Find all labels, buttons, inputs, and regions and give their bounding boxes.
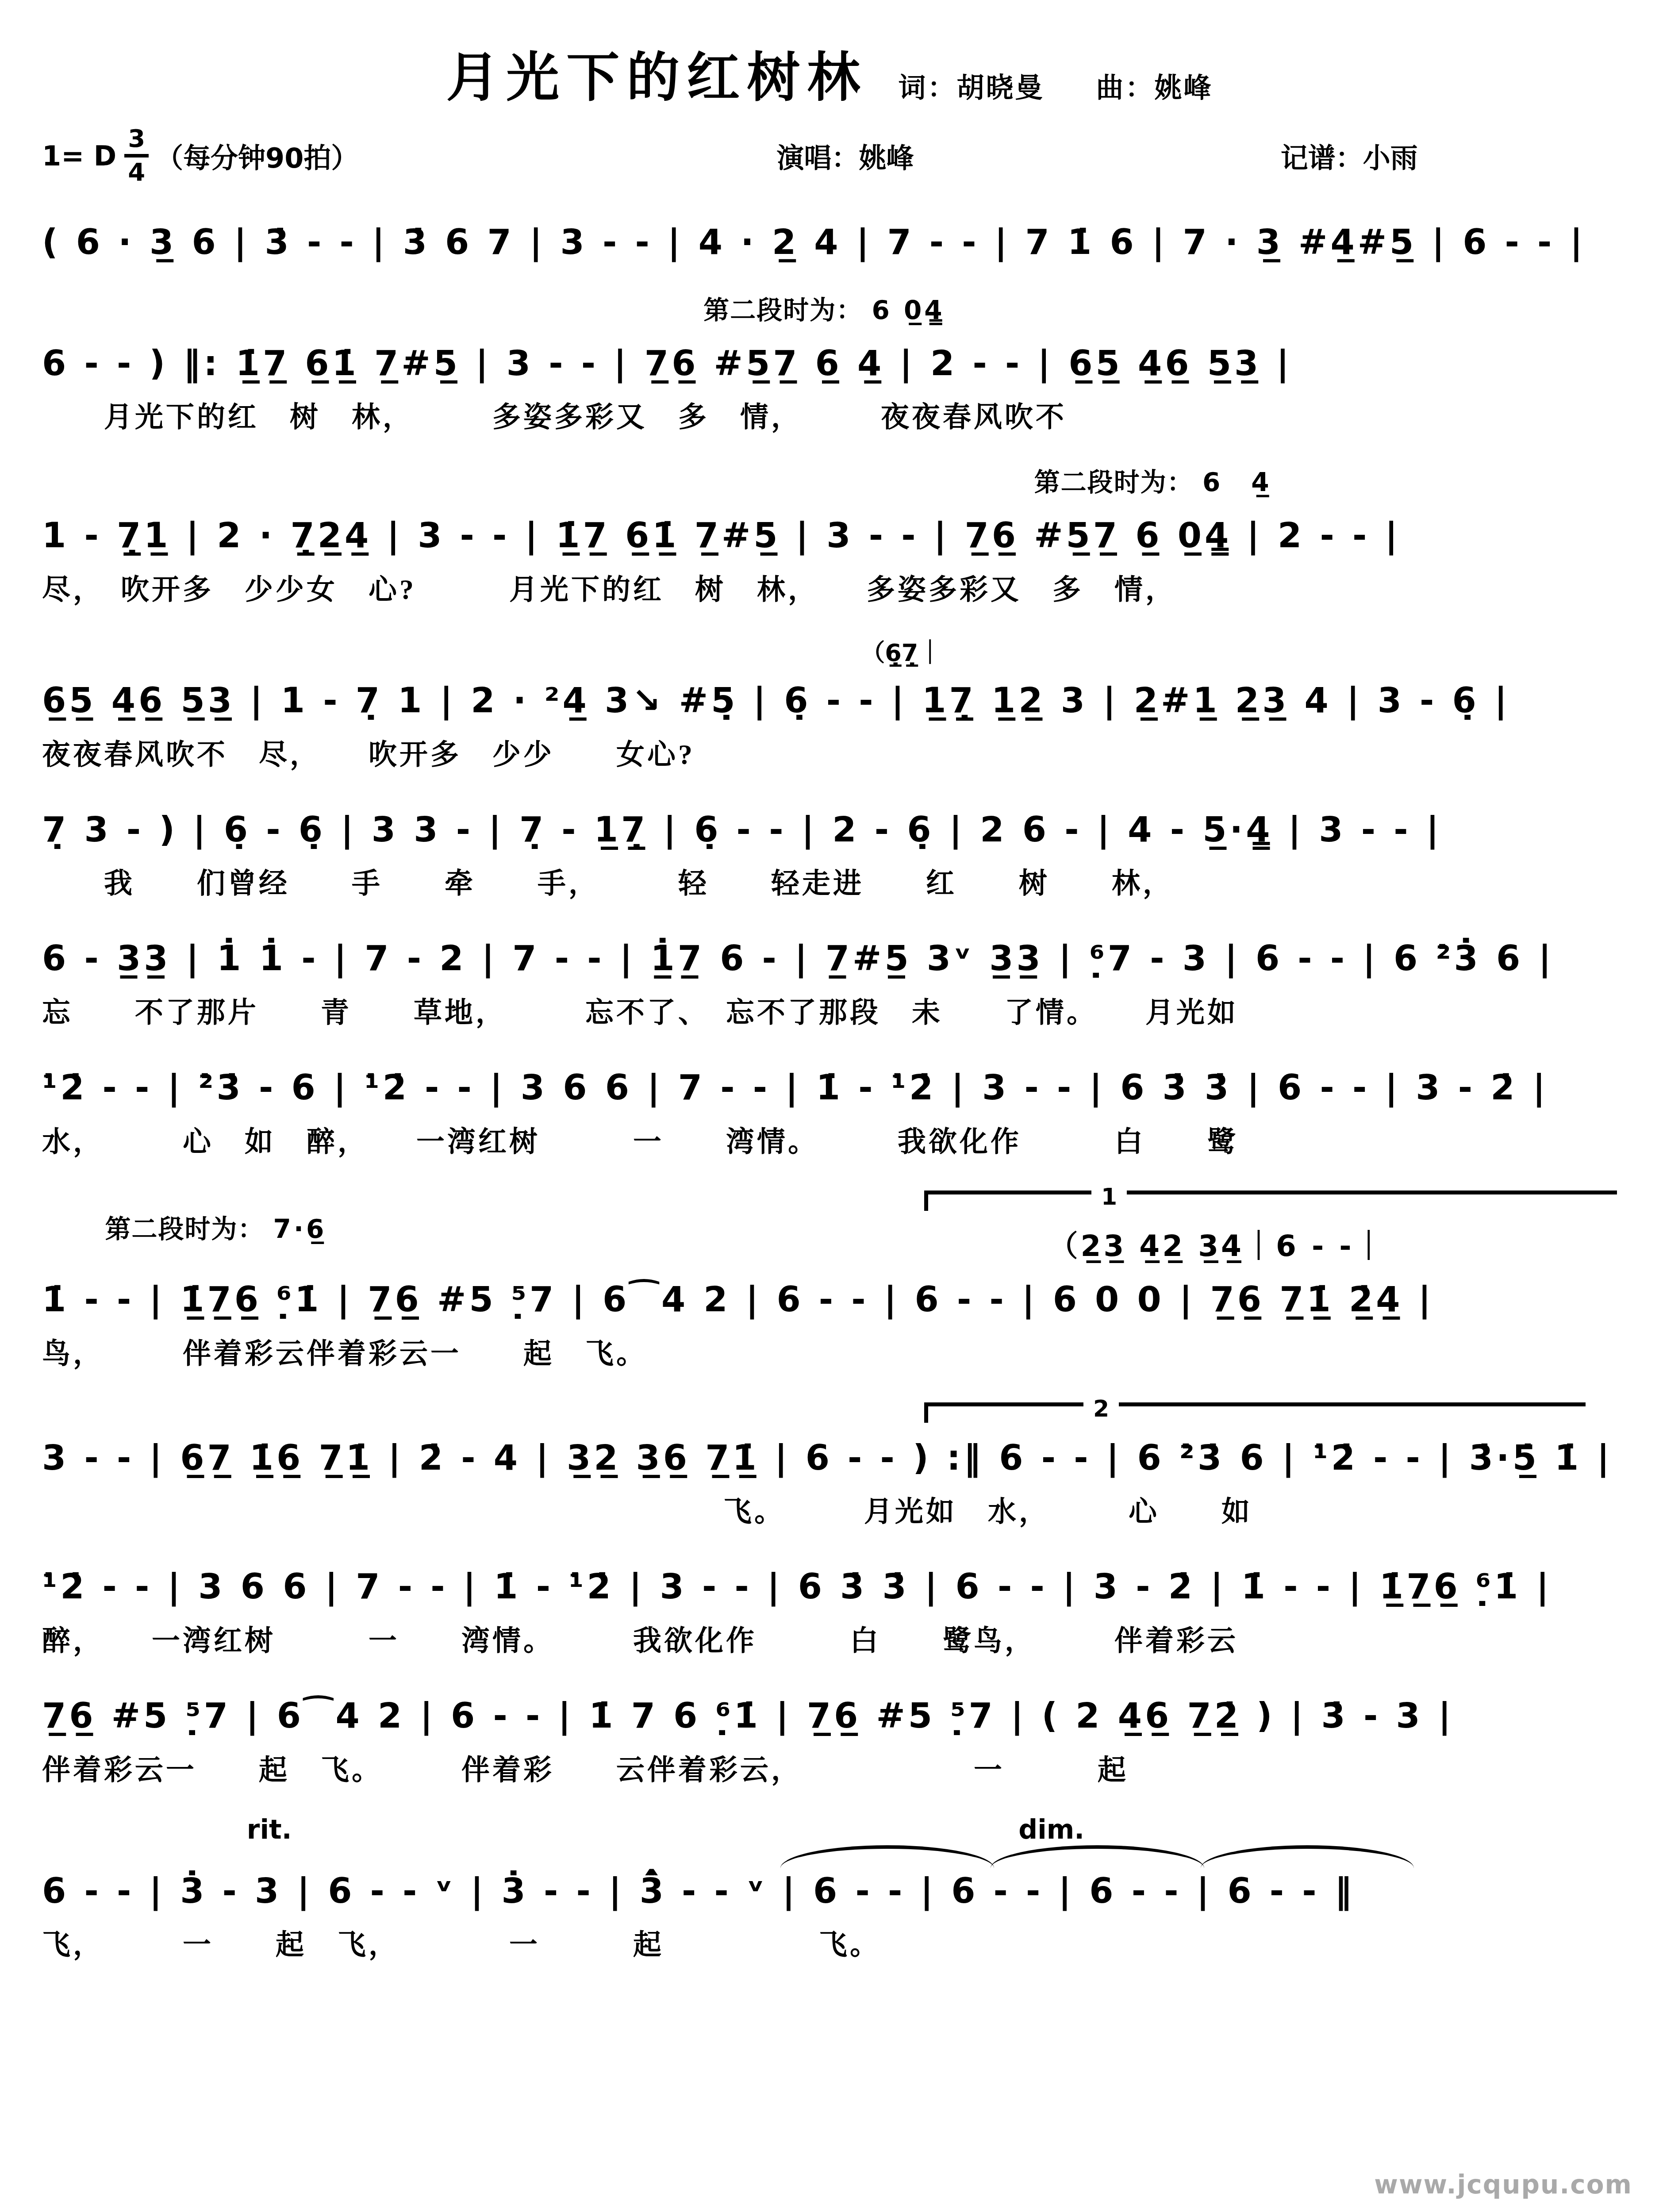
- notes-line: 6 - - | 3̇ - 3 | 6 - - ᵛ | 3̇ - - | 3̇̂ …: [42, 1872, 1617, 1912]
- time-signature-denominator: 4: [128, 157, 145, 185]
- lyricist: 词：胡晓曼: [898, 72, 1044, 104]
- notes-line: ¹̇2̇ - - | 3 6 6 | 7 - - | 1̇ - ¹̇2̇ | 3…: [42, 1567, 1617, 1607]
- annotation-label: 第二段时为：: [1034, 467, 1194, 497]
- lyrics-line: 飞。 月光如 水， 心 如: [42, 1489, 1617, 1529]
- volta-tick: [924, 1402, 928, 1423]
- notes-line: 7̣ 3 - ) | 6̣ - 6̣ | 3 3 - | 7̣ - 1̲7̲̣ …: [42, 810, 1617, 850]
- second-verse-annotation-3: 第二段时为： 7·6̲: [105, 1208, 326, 1245]
- lyrics-line: 醉， 一湾红树 一 湾情。 我欲化作 白 鹭鸟， 伴着彩云: [42, 1618, 1617, 1659]
- second-ending-bracket: 2: [924, 1402, 1586, 1423]
- volta-notes: （2̲3̲ 4̲2̲ 3̲4̲｜6 - -｜: [1049, 1222, 1617, 1264]
- annotation-label: 第二段时为：: [703, 295, 863, 325]
- notes-line: 1̇ - - | 1̲̇7̲6̲ ⁶̣1̇ | 7̲6̲ #5 ⁵̣7 | 6⁀…: [42, 1280, 1617, 1320]
- dim-marking: dim.: [1018, 1814, 1084, 1845]
- meta-row: 1= D 3 4 （每分钟90拍） 演唱：姚峰 记谱：小雨: [42, 127, 1617, 185]
- expression-row: rit. dim.: [42, 1814, 1617, 1867]
- second-verse-annotation-1: 第二段时为： 6 0̲4̳: [703, 289, 1617, 326]
- sheet-music-page: 月光下的红树林 词：胡晓曼 曲：姚峰 1= D 3 4 （每分钟90拍） 演唱：…: [0, 0, 1659, 2212]
- music-system: 7̲6̲ #5 ⁵̣7 | 6⁀4 2 | 6 - - | 1̇ 7 6 ⁶̣1…: [42, 1697, 1617, 1788]
- annotation-label: 第二段时为：: [105, 1214, 264, 1244]
- key-signature: 1= D: [42, 140, 116, 172]
- first-ending-row: 第二段时为： 7·6̲ 1 （2̲3̲ 4̲2̲ 3̲4̲｜6 - -｜: [42, 1190, 1617, 1264]
- lyrics-line: 夜夜春风吹不 尽， 吹开多 少少 女心?: [42, 732, 1617, 772]
- annotation-notes: 6 0̲4̳: [872, 295, 945, 325]
- rit-marking: rit.: [247, 1814, 292, 1845]
- lyrics-line: 尽， 吹开多 少少女 心? 月光下的红 树 林， 多姿多彩又 多 情，: [42, 567, 1617, 607]
- notes-line: ( 6 · 3̲ 6 | 3̇ - - | 3̇ 6 7 | 3 - - | 4…: [42, 223, 1617, 263]
- watermark: www.jcqupu.com: [1374, 2170, 1632, 2200]
- music-system: 1 - 7̲̣1̲ | 2 · 7̲̣2̲4̲ | 3 - - | 1̲̇7̲ …: [42, 516, 1617, 607]
- notes-line: 6 - - ) ‖: 1̲̇7̲ 6̲1̲̇ 7̲#5̲ | 3 - - | 7…: [42, 344, 1617, 384]
- music-system: 1̇ - - | 1̲̇7̲6̲ ⁶̣1̇ | 7̲6̲ #5 ⁵̣7 | 6⁀…: [42, 1280, 1617, 1371]
- notes-line: 6 - 3̲3̲ | 1̇ 1̇ - | 7 - 2 | 7 - - | 1̲̇…: [42, 939, 1617, 979]
- volta-number: 2: [1083, 1402, 1119, 1416]
- music-system: 3 - - | 6̲7̲ 1̲̇6̲ 7̲1̲̇ | 2̇ - 4 | 3̲2̲…: [42, 1439, 1617, 1530]
- tie-arc: [991, 1845, 1204, 1868]
- performer: 演唱：姚峰: [609, 136, 1082, 176]
- composer: 曲：姚峰: [1096, 72, 1213, 104]
- tie-slur-chain: [782, 1845, 1412, 1868]
- lyrics-line: 伴着彩云一 起 飞。 伴着彩 云伴着彩云， 一 起: [42, 1747, 1617, 1788]
- first-ending-bracket: 1 （2̲3̲ 4̲2̲ 3̲4̲｜6 - -｜: [924, 1190, 1617, 1264]
- tempo-marking: （每分钟90拍）: [156, 136, 358, 176]
- lyrics-line: 鸟， 伴着彩云伴着彩云一 起 飞。: [42, 1331, 1617, 1371]
- music-system: 6̲5̲ 4̲6̲ 5̲3̲ | 1 - 7̣ 1 | 2 · ²4̲ 3↘ #…: [42, 681, 1617, 772]
- lyrics-line: 月光下的红 树 林， 多姿多彩又 多 情， 夜夜春风吹不: [42, 394, 1617, 435]
- volta-tick: [924, 1190, 928, 1211]
- music-system: ¹̇2̇ - - | 3 6 6 | 7 - - | 1̇ - ¹̇2̇ | 3…: [42, 1567, 1617, 1659]
- song-title: 月光下的红树林: [446, 35, 867, 111]
- notes-line: 6̲5̲ 4̲6̲ 5̲3̲ | 1 - 7̣ 1 | 2 · ²4̲ 3↘ #…: [42, 681, 1617, 721]
- notes-line: 3 - - | 6̲7̲ 1̲̇6̲ 7̲1̲̇ | 2̇ - 4 | 3̲2̲…: [42, 1439, 1617, 1479]
- second-verse-annotation-2: 第二段时为： 6 4̲: [1034, 461, 1617, 499]
- notes-line: ¹̇2̇ - - | ²̇3̇ - 6 | ¹̇2̇ - - | 3 6 6 |…: [42, 1068, 1617, 1108]
- key-and-tempo: 1= D 3 4 （每分钟90拍）: [42, 127, 609, 185]
- transcriber: 记谱：小雨: [1082, 136, 1617, 176]
- tie-arc: [780, 1845, 994, 1868]
- lyrics-line: 水， 心 如 醉， 一湾红树 一 湾情。 我欲化作 白 鹭: [42, 1119, 1617, 1160]
- music-system: ( 6 · 3̲ 6 | 3̇ - - | 3̇ 6 7 | 3 - - | 4…: [42, 223, 1617, 263]
- time-signature-numerator: 3: [124, 127, 149, 157]
- lyrics-line: 忘 不了那片 青 草地， 忘不了、 忘不了那段 未 了情。 月光如: [42, 990, 1617, 1030]
- music-system: ¹̇2̇ - - | ²̇3̇ - 6 | ¹̇2̇ - - | 3 6 6 |…: [42, 1068, 1617, 1160]
- music-system: 6 - - | 3̇ - 3 | 6 - - ᵛ | 3̇ - - | 3̇̂ …: [42, 1872, 1617, 1963]
- annotation-notes: 7·6̲: [273, 1214, 327, 1244]
- lyrics-line: 我 们曾经 手 牵 手， 轻 轻走进 红 树 林，: [42, 860, 1617, 901]
- annotation-notes: 6 4̲: [1202, 467, 1272, 497]
- time-signature: 3 4: [124, 127, 149, 185]
- second-ending-row: 2: [42, 1402, 1617, 1423]
- notes-line: 1 - 7̲̣1̲ | 2 · 7̲̣2̲4̲ | 3 - - | 1̲̇7̲ …: [42, 516, 1617, 556]
- music-system: 7̣ 3 - ) | 6̣ - 6̣ | 3 3 - | 7̣ - 1̲7̲̣ …: [42, 810, 1617, 902]
- credits: 词：胡晓曼 曲：姚峰: [898, 66, 1213, 111]
- music-system: 6 - - ) ‖: 1̲̇7̲ 6̲1̲̇ 7̲#5̲ | 3 - - | 7…: [42, 344, 1617, 435]
- music-system: 6 - 3̲3̲ | 1̇ 1̇ - | 7 - 2 | 7 - - | 1̲̇…: [42, 939, 1617, 1030]
- grace-measure-annotation: （6̲̣7̲̣｜: [861, 634, 1617, 668]
- lyrics-line: 飞， 一 起 飞， 一 起 飞。: [42, 1922, 1617, 1962]
- tie-arc: [1201, 1845, 1414, 1868]
- notes-line: 7̲6̲ #5 ⁵̣7 | 6⁀4 2 | 6 - - | 1̇ 7 6 ⁶̣1…: [42, 1697, 1617, 1736]
- title-row: 月光下的红树林 词：胡晓曼 曲：姚峰: [42, 35, 1617, 111]
- volta-number: 1: [1091, 1190, 1127, 1204]
